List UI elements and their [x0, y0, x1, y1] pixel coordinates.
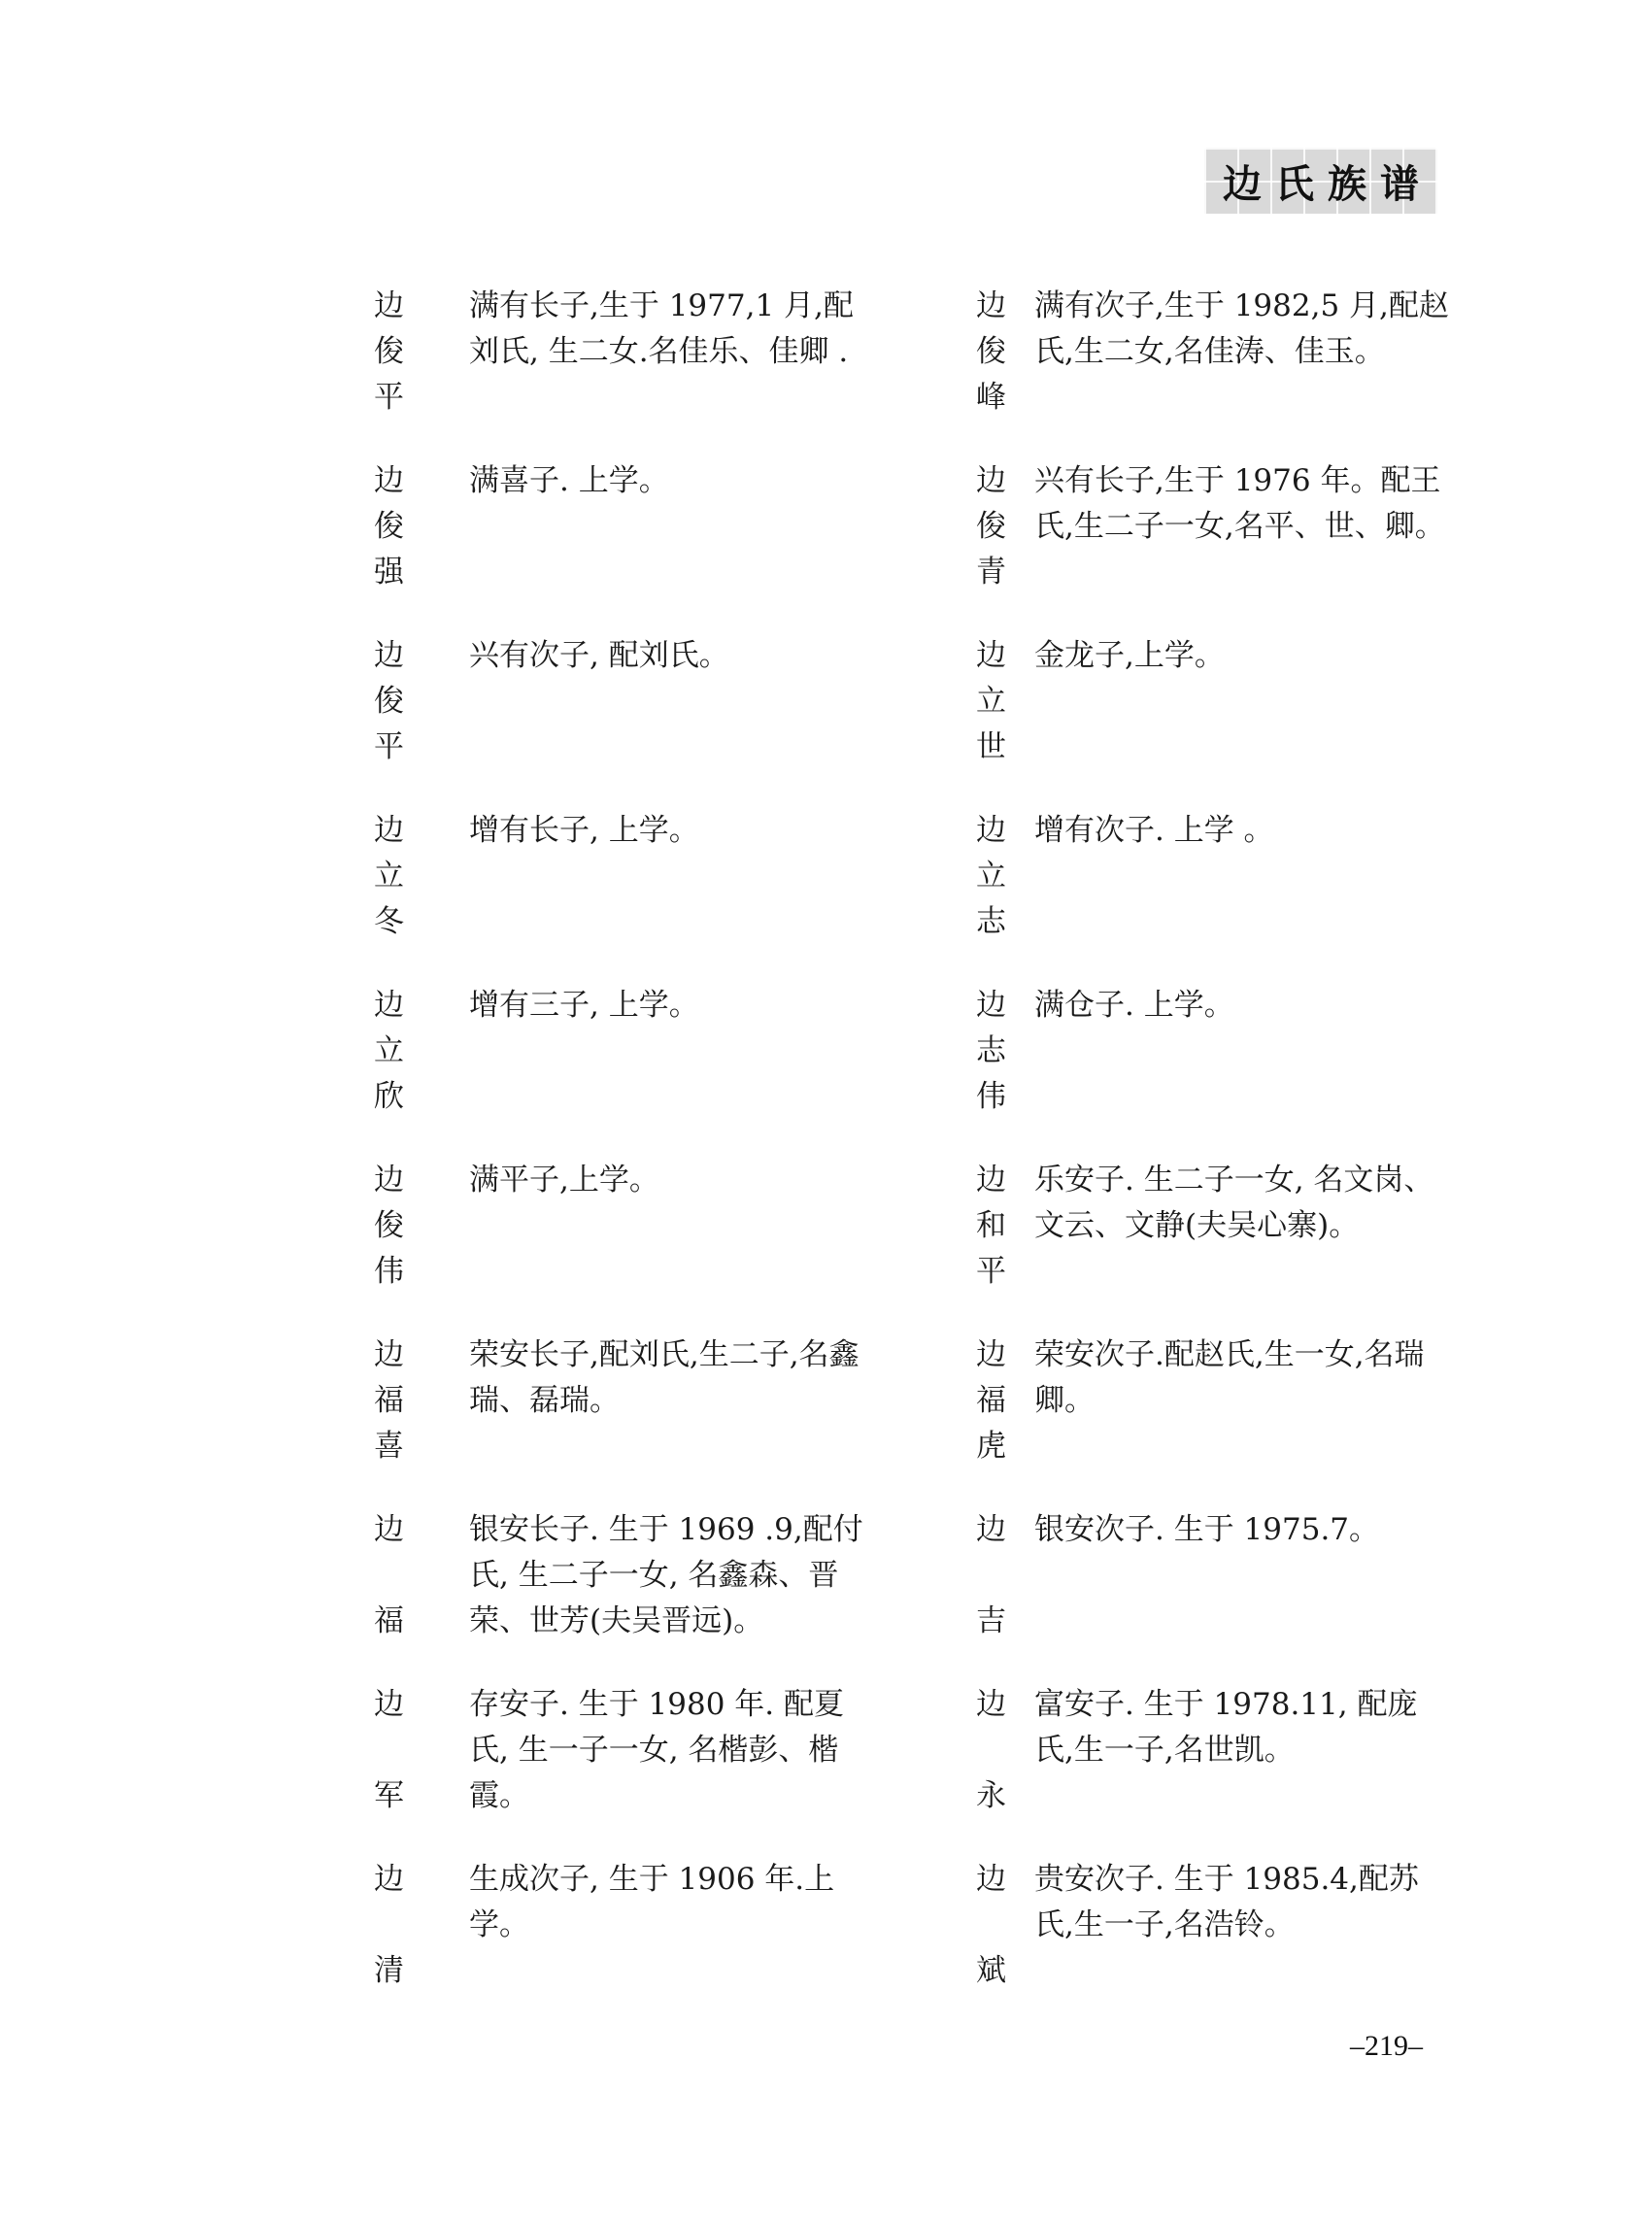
person-name: 边 清	[374, 1857, 415, 1994]
person-name: 边 军	[374, 1682, 415, 1819]
person-description: 贵安次子. 生于 1985.4,配苏氏,生一子,名浩铃。	[1034, 1857, 1452, 1948]
person-name: 边 俊 平	[374, 284, 415, 421]
entry-bian-zhiwei: 边 志 伟 满仓子. 上学。	[976, 983, 1481, 1148]
person-description: 增有长子, 上学。	[469, 808, 877, 854]
person-name: 边 俊 伟	[374, 1158, 415, 1295]
person-description: 满有长子,生于 1977,1 月,配刘氏, 生二女.名佳乐、佳卿 .	[469, 284, 877, 375]
entry-bian-fu: 边 福 银安长子. 生于 1969 .9,配付氏, 生二子一女, 名鑫森、晋荣、…	[374, 1507, 879, 1672]
person-description: 银安次子. 生于 1975.7。	[1034, 1507, 1452, 1553]
person-name: 边 俊 青	[976, 458, 1017, 595]
person-description: 满仓子. 上学。	[1034, 983, 1452, 1029]
person-description: 满有次子,生于 1982,5 月,配赵氏,生二女,名佳涛、佳玉。	[1034, 284, 1452, 375]
entry-bian-fuhu: 边 福 虎 荣安次子.配赵氏,生一女,名瑞卿。	[976, 1332, 1481, 1498]
person-description: 生成次子, 生于 1906 年.上学。	[469, 1857, 877, 1948]
entry-bian-lishi: 边 立 世 金龙子,上学。	[976, 633, 1481, 798]
person-description: 荣安长子,配刘氏,生二子,名鑫瑞、磊瑞。	[469, 1332, 877, 1424]
header-banner: 边氏族谱	[1204, 148, 1437, 214]
person-description: 兴有次子, 配刘氏。	[469, 633, 877, 679]
person-description: 荣安次子.配赵氏,生一女,名瑞卿。	[1034, 1332, 1452, 1424]
person-name: 边 福 喜	[374, 1332, 415, 1469]
person-name: 边 志 伟	[976, 983, 1017, 1120]
entry-bian-junfeng: 边 俊 峰 满有次子,生于 1982,5 月,配赵氏,生二女,名佳涛、佳玉。	[976, 284, 1481, 449]
entry-bian-junqing: 边 俊 青 兴有长子,生于 1976 年。配王氏,生二子一女,名平、世、卿。	[976, 458, 1481, 624]
person-name: 边 和 平	[976, 1158, 1017, 1295]
person-description: 存安子. 生于 1980 年. 配夏氏, 生一子一女, 名楷彭、楷霞。	[469, 1682, 877, 1819]
entry-bian-yong: 边 永 富安子. 生于 1978.11, 配庞氏,生一子,名世凯。	[976, 1682, 1481, 1847]
entry-bian-junwei: 边 俊 伟 满平子,上学。	[374, 1158, 879, 1323]
entry-bian-heping: 边 和 平 乐安子. 生二子一女, 名文岗、文云、文静(夫吴心寨)。	[976, 1158, 1481, 1323]
person-name: 边 福	[374, 1507, 415, 1644]
person-name: 边 立 欣	[374, 983, 415, 1120]
entry-bian-lizhi: 边 立 志 增有次子. 上学 。	[976, 808, 1481, 973]
entry-bian-ji: 边 吉 银安次子. 生于 1975.7。	[976, 1507, 1481, 1672]
person-description: 富安子. 生于 1978.11, 配庞氏,生一子,名世凯。	[1034, 1682, 1452, 1773]
entry-bian-qing: 边 清 生成次子, 生于 1906 年.上学。	[374, 1857, 879, 2022]
person-name: 边 福 虎	[976, 1332, 1017, 1469]
person-description: 银安长子. 生于 1969 .9,配付氏, 生二子一女, 名鑫森、晋荣、世芳(夫…	[469, 1507, 877, 1644]
person-name: 边 立 志	[976, 808, 1017, 945]
entry-bian-lixin: 边 立 欣 增有三子, 上学。	[374, 983, 879, 1148]
person-description: 金龙子,上学。	[1034, 633, 1452, 679]
entry-bian-fuxi: 边 福 喜 荣安长子,配刘氏,生二子,名鑫瑞、磊瑞。	[374, 1332, 879, 1498]
person-name: 边 斌	[976, 1857, 1017, 1994]
person-description: 兴有长子,生于 1976 年。配王氏,生二子一女,名平、世、卿。	[1034, 458, 1452, 550]
person-description: 增有三子, 上学。	[469, 983, 877, 1029]
page-title: 边氏族谱	[1209, 153, 1433, 209]
entry-bian-junping-1: 边 俊 平 满有长子,生于 1977,1 月,配刘氏, 生二女.名佳乐、佳卿 .	[374, 284, 879, 449]
person-name: 边 永	[976, 1682, 1017, 1819]
person-name: 边 立 冬	[374, 808, 415, 945]
person-description: 满平子,上学。	[469, 1158, 877, 1203]
person-description: 增有次子. 上学 。	[1034, 808, 1452, 854]
person-name: 边 俊 峰	[976, 284, 1017, 421]
entry-bian-junping-2: 边 俊 平 兴有次子, 配刘氏。	[374, 633, 879, 798]
person-name: 边 俊 强	[374, 458, 415, 595]
page-number: –219–	[1350, 2030, 1423, 2063]
person-name: 边 俊 平	[374, 633, 415, 770]
entry-bian-junqiang: 边 俊 强 满喜子. 上学。	[374, 458, 879, 624]
person-name: 边 立 世	[976, 633, 1017, 770]
person-name: 边 吉	[976, 1507, 1017, 1644]
person-description: 乐安子. 生二子一女, 名文岗、文云、文静(夫吴心寨)。	[1034, 1158, 1452, 1249]
entry-bian-jun: 边 军 存安子. 生于 1980 年. 配夏氏, 生一子一女, 名楷彭、楷霞。	[374, 1682, 879, 1847]
person-description: 满喜子. 上学。	[469, 458, 877, 504]
entry-bian-lidong: 边 立 冬 增有长子, 上学。	[374, 808, 879, 973]
entry-bian-bin: 边 斌 贵安次子. 生于 1985.4,配苏氏,生一子,名浩铃。	[976, 1857, 1481, 2022]
